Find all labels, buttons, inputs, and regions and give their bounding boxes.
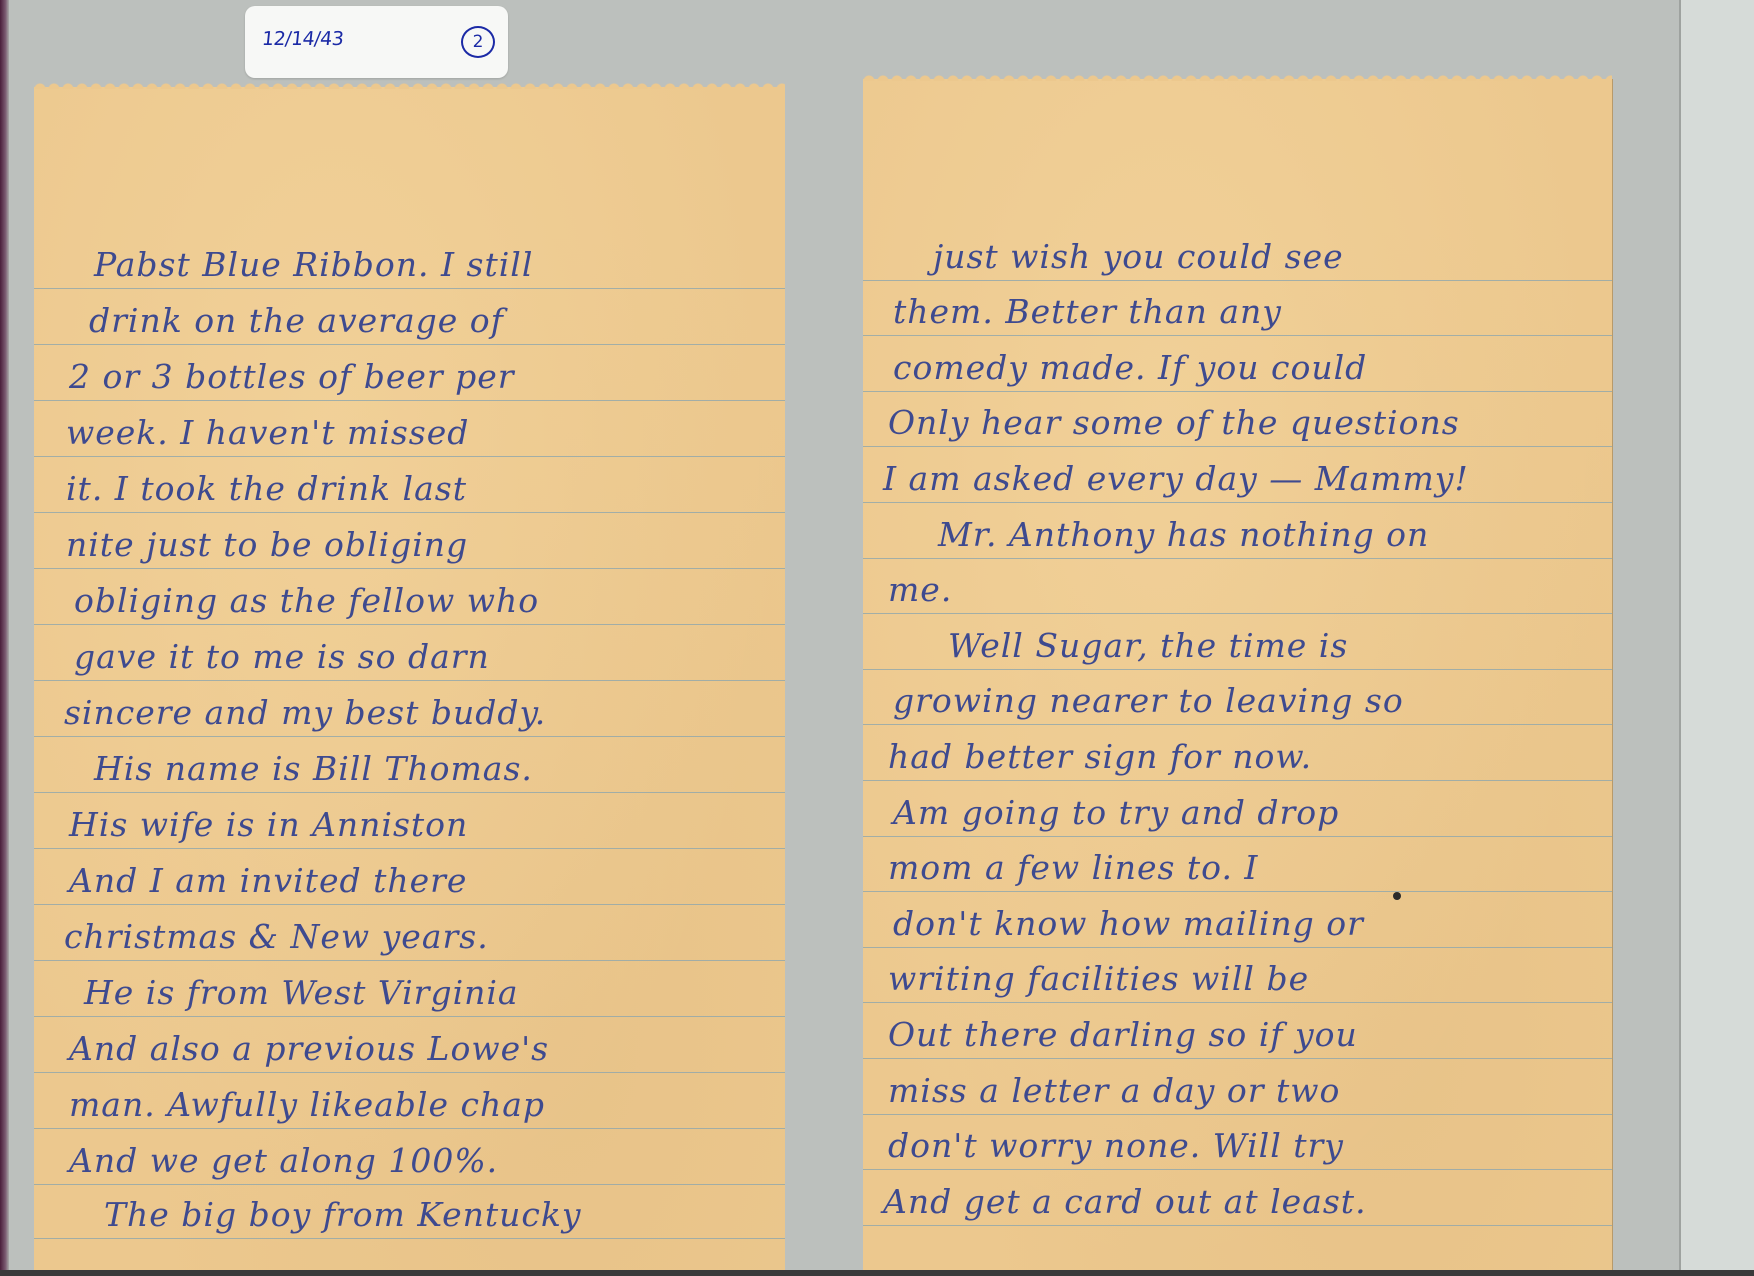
- ruled-line: [34, 568, 785, 569]
- ruled-line: [34, 624, 785, 625]
- handwritten-line: gave it to me is so darn: [74, 637, 490, 676]
- ruled-line: [863, 669, 1612, 670]
- handwritten-line: don't know how mailing or: [893, 904, 1364, 943]
- handwritten-line: mom a few lines to. I: [888, 848, 1258, 887]
- ruled-line: [34, 848, 785, 849]
- ruled-line: [863, 446, 1612, 447]
- ruled-line: [34, 1128, 785, 1129]
- ruled-line: [34, 288, 785, 289]
- handwritten-line: writing facilities will be: [888, 959, 1309, 998]
- handwritten-line: His wife is in Anniston: [69, 805, 468, 844]
- handwritten-line: Well Sugar, the time is: [948, 626, 1348, 665]
- handwritten-line: Out there darling so if you: [888, 1015, 1358, 1054]
- handwritten-line: Mr. Anthony has nothing on: [938, 515, 1429, 554]
- handwritten-line: Only hear some of the questions: [888, 403, 1460, 442]
- ruled-line: [34, 1016, 785, 1017]
- scanner-lid-edge: [1679, 0, 1754, 1276]
- ruled-line: [863, 335, 1612, 336]
- handwritten-line: And I am invited there: [69, 861, 467, 900]
- ruled-line: [34, 736, 785, 737]
- ruled-line: [863, 280, 1612, 281]
- ruled-line: [863, 613, 1612, 614]
- handwritten-line: His name is Bill Thomas.: [94, 749, 533, 788]
- scanner-bottom-edge: [0, 1270, 1754, 1276]
- ruled-line: [863, 1169, 1612, 1170]
- ruled-line: [34, 960, 785, 961]
- ruled-line: [863, 780, 1612, 781]
- handwritten-line: 2 or 3 bottles of beer per: [69, 357, 515, 396]
- letter-page-right: just wish you could see them. Better tha…: [863, 79, 1613, 1272]
- handwritten-line: miss a letter a day or two: [888, 1071, 1340, 1110]
- handwritten-line: I am asked every day — Mammy!: [883, 459, 1469, 498]
- ruled-line: [863, 1058, 1612, 1059]
- ruled-line: [863, 391, 1612, 392]
- label-date: 12/14/43: [261, 28, 345, 50]
- handwritten-line: And also a previous Lowe's: [69, 1029, 549, 1068]
- handwritten-line: nite just to be obliging: [66, 525, 468, 564]
- ruled-line: [34, 904, 785, 905]
- ruled-line: [863, 891, 1612, 892]
- scanner-edge: [0, 0, 9, 1276]
- handwritten-line: man. Awfully likeable chap: [69, 1085, 545, 1124]
- ink-blot: [1393, 892, 1401, 900]
- ruled-line: [34, 1072, 785, 1073]
- handwritten-line: week. I haven't missed: [66, 413, 469, 452]
- handwritten-line: growing nearer to leaving so: [893, 681, 1404, 720]
- letter-page-left: Pabst Blue Ribbon. I still drink on the …: [34, 87, 785, 1270]
- handwritten-line: them. Better than any: [893, 292, 1282, 331]
- handwritten-line: it. I took the drink last: [66, 469, 467, 508]
- ruled-line: [863, 1002, 1612, 1003]
- handwritten-line: And get a card out at least.: [883, 1182, 1367, 1221]
- ruled-line: [34, 344, 785, 345]
- handwritten-line: had better sign for now.: [888, 737, 1312, 776]
- ruled-line: [34, 680, 785, 681]
- handwritten-line: comedy made. If you could: [893, 348, 1367, 387]
- handwritten-line: me.: [888, 570, 952, 609]
- ruled-line: [34, 400, 785, 401]
- ruled-line: [863, 558, 1612, 559]
- handwritten-line: Pabst Blue Ribbon. I still: [94, 245, 533, 284]
- page-number-circle: 2: [461, 26, 495, 58]
- ruled-line: [34, 512, 785, 513]
- handwritten-line: don't worry none. Will try: [888, 1126, 1344, 1165]
- ruled-line: [863, 1225, 1612, 1226]
- handwritten-line: christmas & New years.: [64, 917, 489, 956]
- handwritten-line: obliging as the fellow who: [74, 581, 539, 620]
- ruled-line: [863, 836, 1612, 837]
- archive-label: 12/14/43 2: [245, 6, 508, 78]
- handwritten-line: And we get along 100%.: [69, 1141, 498, 1180]
- handwritten-line: The big boy from Kentucky: [104, 1195, 582, 1234]
- handwritten-line: drink on the average of: [89, 301, 504, 340]
- ruled-line: [863, 1114, 1612, 1115]
- ruled-line: [34, 1184, 785, 1185]
- ruled-line: [34, 792, 785, 793]
- ruled-line: [34, 1238, 785, 1239]
- ruled-line: [863, 502, 1612, 503]
- handwritten-line: Am going to try and drop: [893, 793, 1339, 832]
- handwritten-line: sincere and my best buddy.: [64, 693, 546, 732]
- ruled-line: [34, 456, 785, 457]
- handwritten-line: He is from West Virginia: [84, 973, 519, 1012]
- ruled-line: [863, 724, 1612, 725]
- ruled-line: [863, 947, 1612, 948]
- handwritten-line: just wish you could see: [933, 237, 1344, 276]
